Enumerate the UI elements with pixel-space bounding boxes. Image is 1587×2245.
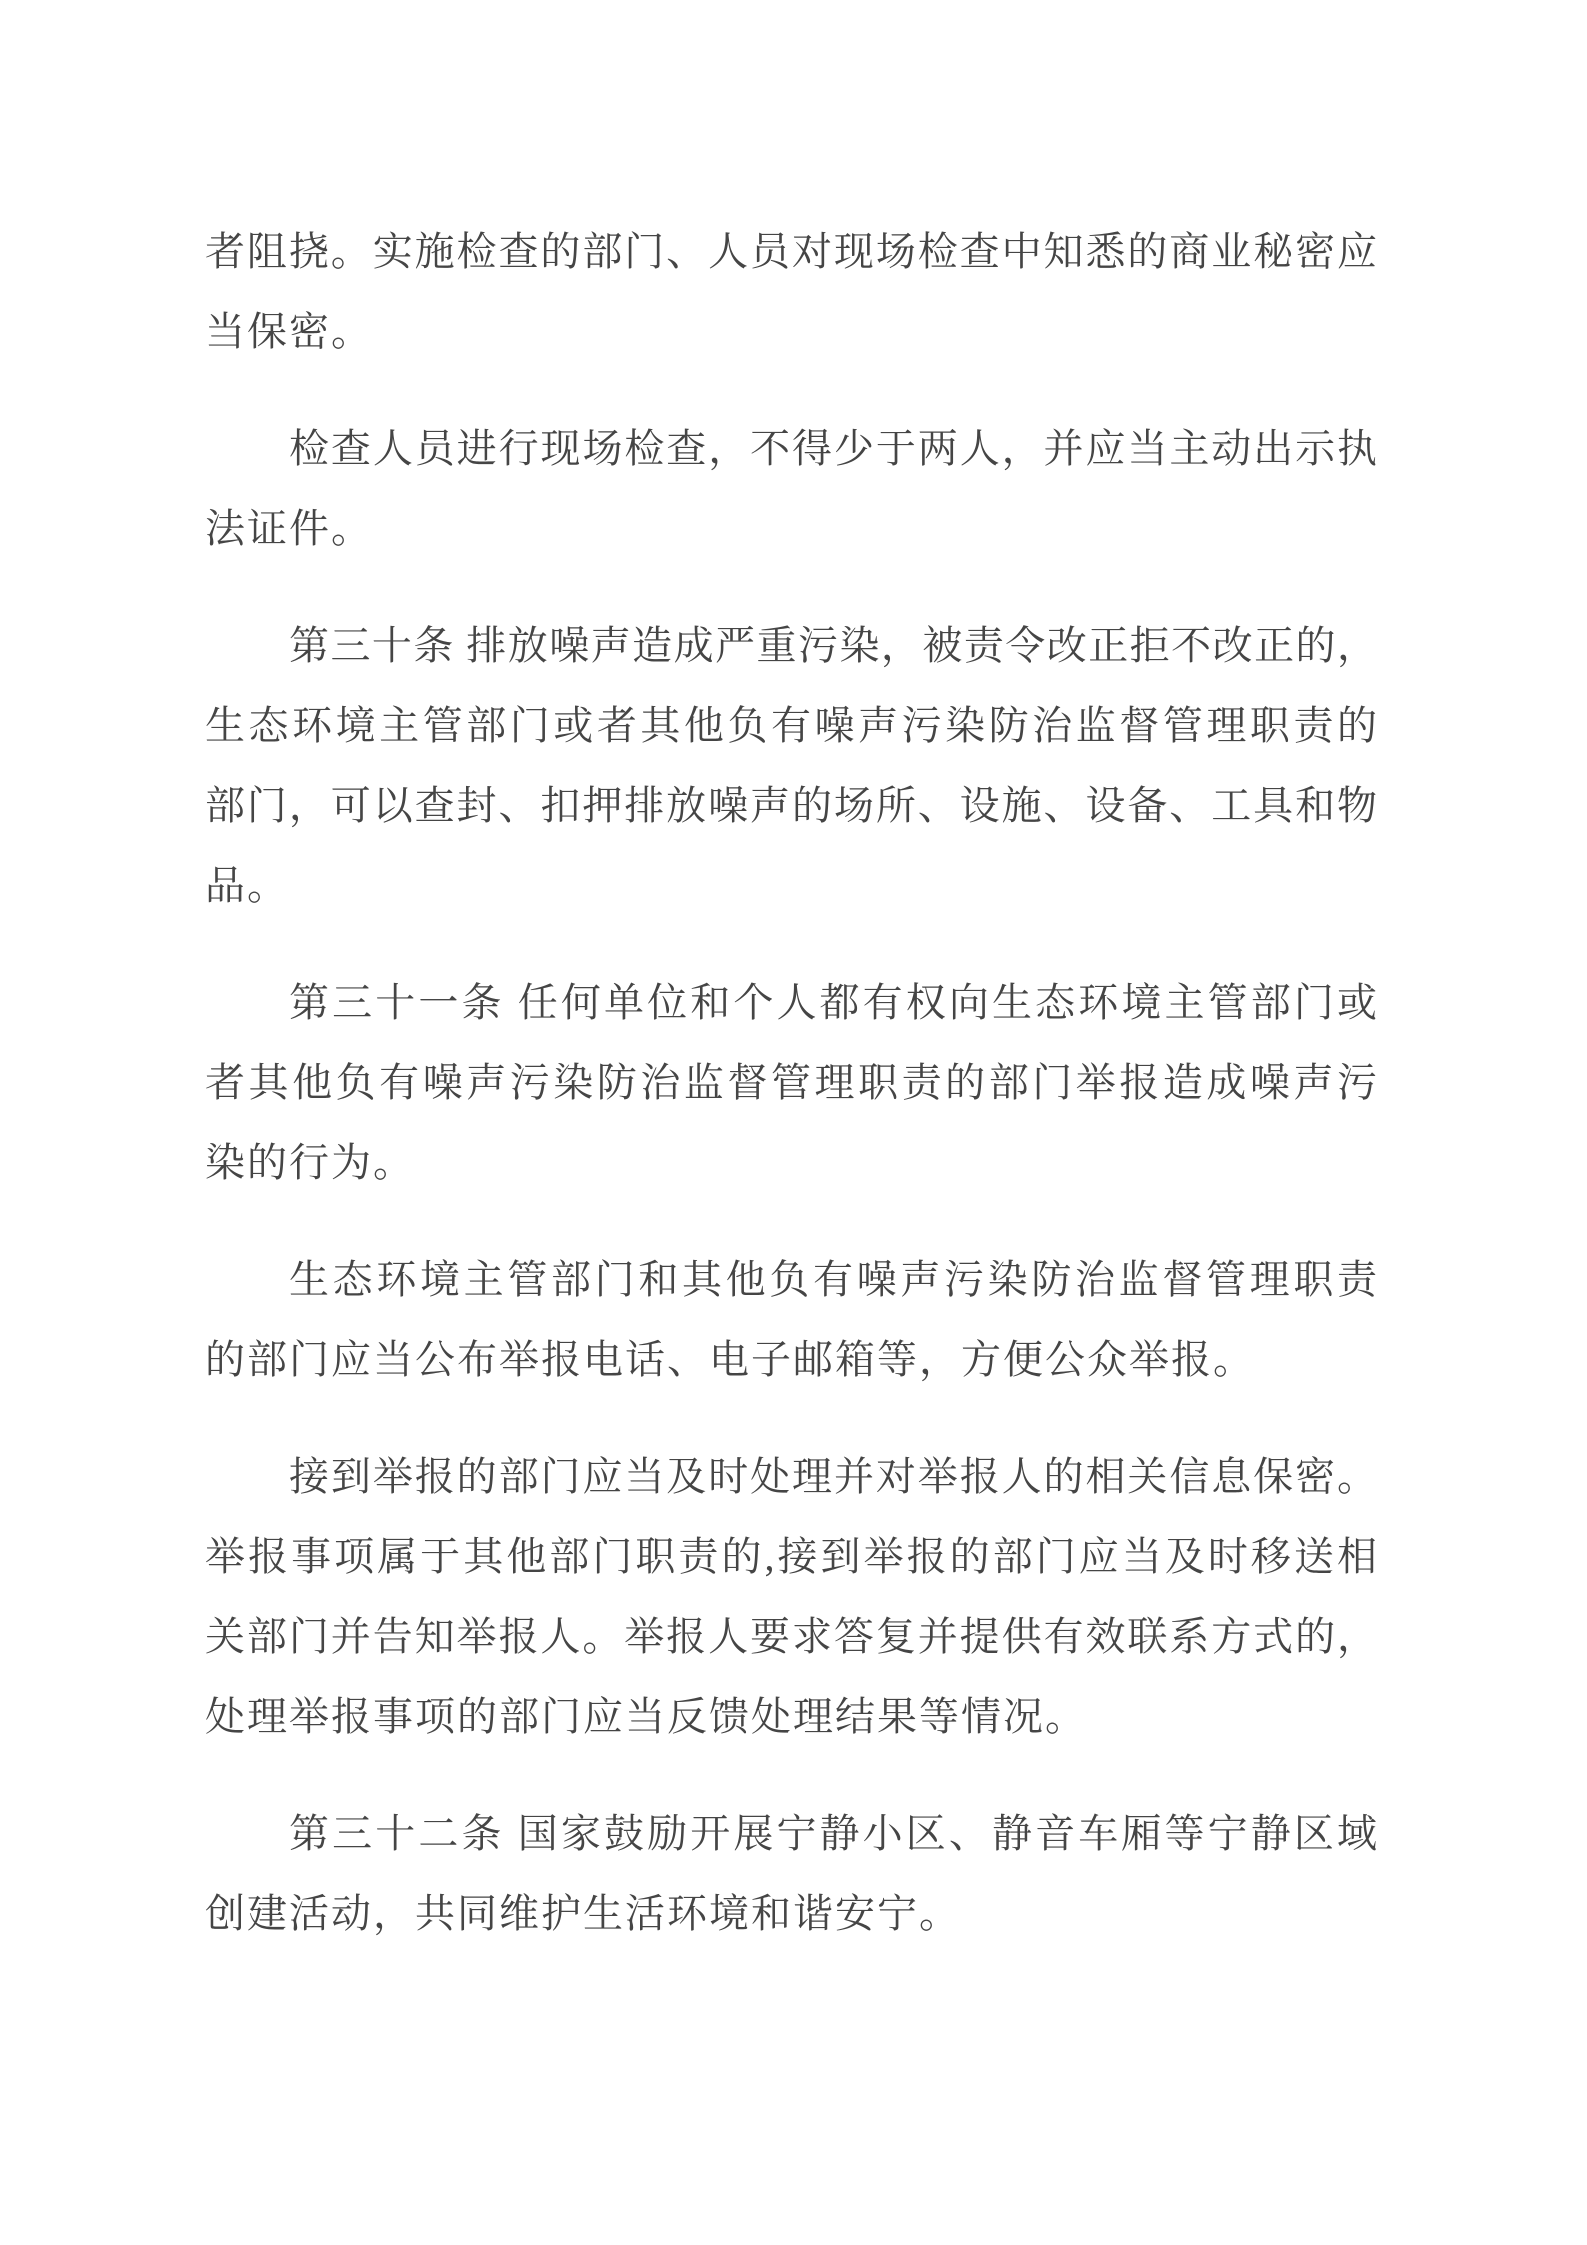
text-line: 法证件。 — [205, 489, 1377, 569]
text-line: 者其他负有噪声污染防治监督管理职责的部门举报造成噪声污 — [205, 1043, 1377, 1123]
paragraph-inspection-personnel: 检查人员进行现场检查，不得少于两人，并应当主动出示执 法证件。 — [205, 409, 1377, 569]
document-page: 者阻挠。实施检查的部门、人员对现场检查中知悉的商业秘密应 当保密。 检查人员进行… — [0, 0, 1587, 2245]
text-line: 关部门并告知举报人。举报人要求答复并提供有效联系方式的， — [205, 1597, 1377, 1677]
paragraph-article-31-handle-reports: 接到举报的部门应当及时处理并对举报人的相关信息保密。 举报事项属于其他部门职责的… — [205, 1437, 1377, 1757]
text-line: 染的行为。 — [205, 1123, 1377, 1203]
text-line: 当保密。 — [205, 292, 1377, 372]
text-line: 举报事项属于其他部门职责的,接到举报的部门应当及时移送相 — [205, 1517, 1377, 1597]
paragraph-article-31: 第三十一条 任何单位和个人都有权向生态环境主管部门或 者其他负有噪声污染防治监督… — [205, 963, 1377, 1203]
text-line: 品。 — [205, 846, 1377, 926]
text-line: 的部门应当公布举报电话、电子邮箱等，方便公众举报。 — [205, 1320, 1377, 1400]
text-line: 生态环境主管部门和其他负有噪声污染防治监督管理职责 — [205, 1240, 1377, 1320]
text-line: 创建活动，共同维护生活环境和谐安宁。 — [205, 1874, 1377, 1954]
text-line: 第三十一条 任何单位和个人都有权向生态环境主管部门或 — [205, 963, 1377, 1043]
text-line: 者阻挠。实施检查的部门、人员对现场检查中知悉的商业秘密应 — [205, 212, 1377, 292]
paragraph-article-32: 第三十二条 国家鼓励开展宁静小区、静音车厢等宁静区域 创建活动，共同维护生活环境… — [205, 1794, 1377, 1954]
text-line: 部门，可以查封、扣押排放噪声的场所、设施、设备、工具和物 — [205, 766, 1377, 846]
text-line: 处理举报事项的部门应当反馈处理结果等情况。 — [205, 1677, 1377, 1757]
text-line: 检查人员进行现场检查，不得少于两人，并应当主动出示执 — [205, 409, 1377, 489]
text-line: 接到举报的部门应当及时处理并对举报人的相关信息保密。 — [205, 1437, 1377, 1517]
text-line: 第三十条 排放噪声造成严重污染，被责令改正拒不改正的， — [205, 606, 1377, 686]
text-line: 第三十二条 国家鼓励开展宁静小区、静音车厢等宁静区域 — [205, 1794, 1377, 1874]
paragraph-article-30: 第三十条 排放噪声造成严重污染，被责令改正拒不改正的， 生态环境主管部门或者其他… — [205, 606, 1377, 926]
paragraph-continuation: 者阻挠。实施检查的部门、人员对现场检查中知悉的商业秘密应 当保密。 — [205, 212, 1377, 372]
text-line: 生态环境主管部门或者其他负有噪声污染防治监督管理职责的 — [205, 686, 1377, 766]
paragraph-article-31-publish-hotline: 生态环境主管部门和其他负有噪声污染防治监督管理职责 的部门应当公布举报电话、电子… — [205, 1240, 1377, 1400]
